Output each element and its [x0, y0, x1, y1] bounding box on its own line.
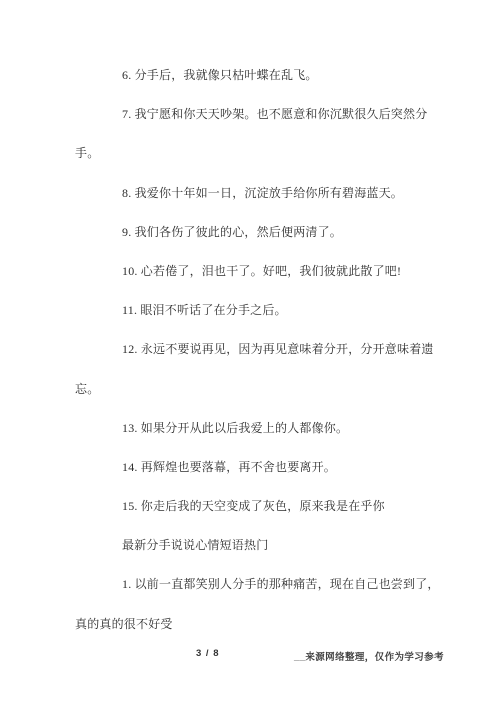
list-item-8: 8. 我爱你十年如一日，沉淀放手给你所有碧海蓝天。 — [75, 174, 445, 213]
document-page: 6. 分手后，我就像只枯叶蝶在乱飞。7. 我宁愿和你天天吵架。也不愿意和你沉默很… — [0, 0, 500, 707]
list-item-1: 1. 以前一直都笑别人分手的那种痛苦，现在自己也尝到了， — [75, 565, 445, 604]
footer-source-note: __来源网络整理，仅作为学习参考 — [294, 649, 444, 663]
list-item-10: 10. 心若倦了，泪也干了。好吧，我们彼就此散了吧! — [75, 252, 445, 291]
list-item-1-continuation: 真的真的很不好受 — [75, 605, 445, 644]
list-item-7: 7. 我宁愿和你天天吵架。也不愿意和你沉默很久后突然分 — [75, 95, 445, 134]
list-item-12: 12. 永远不要说再见，因为再见意味着分开，分开意味着遗 — [75, 330, 445, 369]
page-number: 3 / 8 — [196, 648, 220, 659]
list-item-9: 9. 我们各伤了彼此的心，然后便两清了。 — [75, 213, 445, 252]
list-item-13: 13. 如果分开从此以后我爱上的人都像你。 — [75, 409, 445, 448]
document-text-block: 6. 分手后，我就像只枯叶蝶在乱飞。7. 我宁愿和你天天吵架。也不愿意和你沉默很… — [75, 56, 445, 644]
list-item-7-continuation: 手。 — [75, 134, 445, 173]
list-item-12-continuation: 忘。 — [75, 370, 445, 409]
list-item-6: 6. 分手后，我就像只枯叶蝶在乱飞。 — [75, 56, 445, 95]
section-heading: 最新分手说说心情短语热门 — [75, 526, 445, 565]
document-viewer: { "page": { "background_color": "#ffffff… — [0, 0, 500, 707]
list-item-14: 14. 再辉煌也要落幕，再不舍也要离开。 — [75, 448, 445, 487]
list-item-15: 15. 你走后我的天空变成了灰色，原来我是在乎你 — [75, 487, 445, 526]
list-item-11: 11. 眼泪不听话了在分手之后。 — [75, 291, 445, 330]
